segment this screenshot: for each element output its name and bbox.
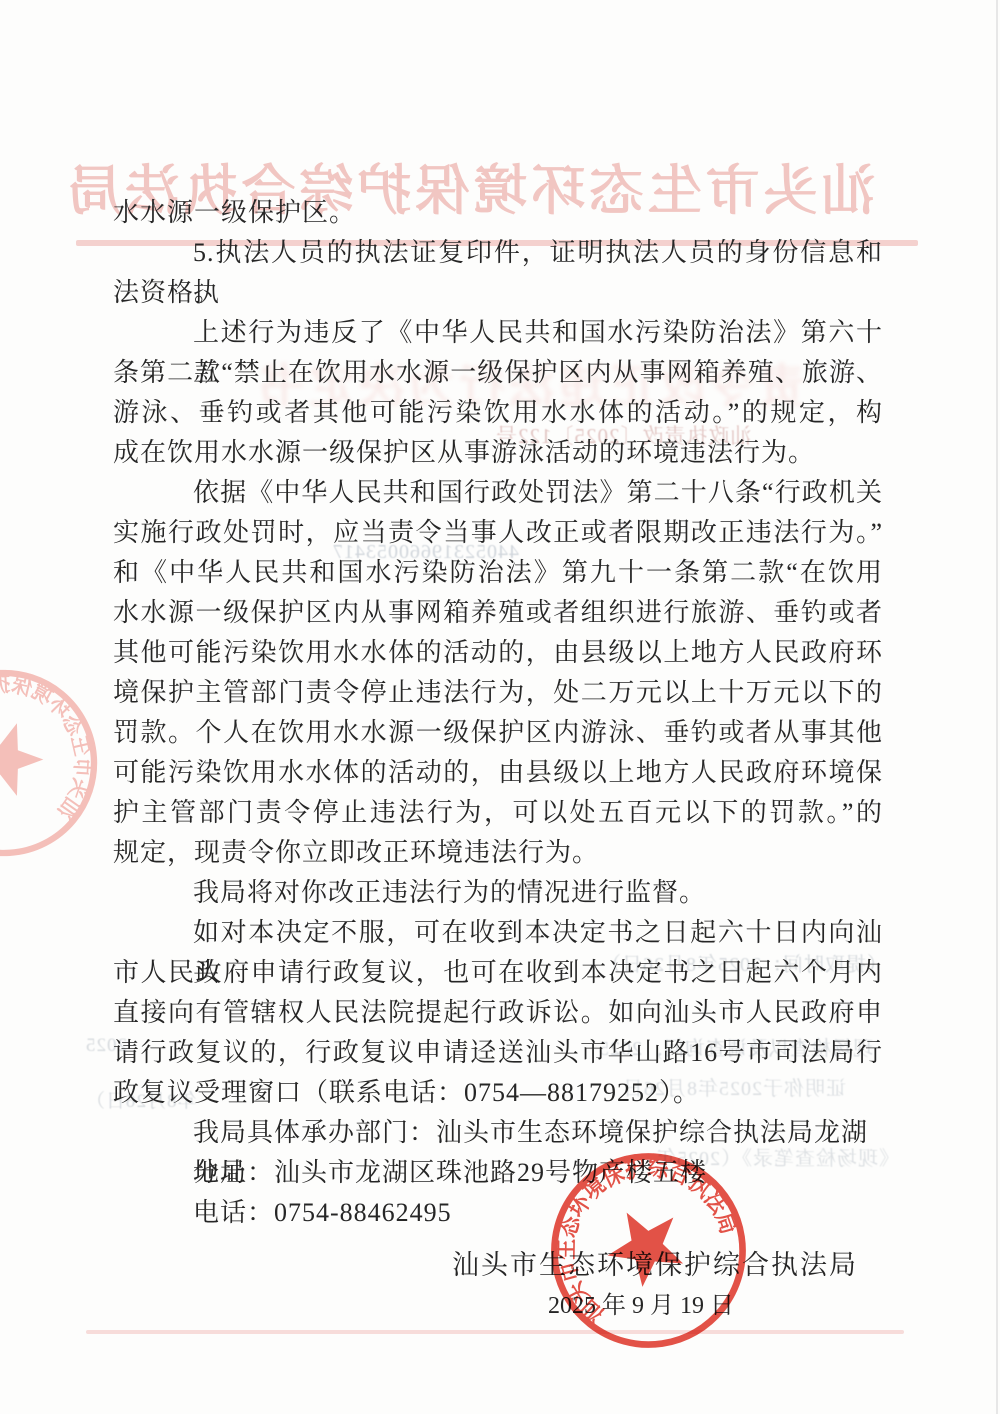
body-line: 5.执法人员的执法证复印件，证明执法人员的身份信息和执 xyxy=(113,233,883,273)
body-line: 可能污染饮用水水体的活动的，由县级以上地方人民政府环境保 xyxy=(113,753,883,793)
body-line: 规定，现责令你立即改正环境违法行为。 xyxy=(113,833,883,873)
body-line: 条第二款“禁止在饮用水水源一级保护区内从事网箱养殖、旅游、 xyxy=(113,353,883,393)
seal-star-icon xyxy=(594,1194,696,1295)
body-line: 市人民政府申请行政复议，也可在收到本决定书之日起六个月内 xyxy=(113,953,883,993)
bleedthrough-seal-left: 汕头市生态环境保护综合执法局 xyxy=(0,644,123,881)
body-line: 上述行为违反了《中华人民共和国水污染防治法》第六十五 xyxy=(113,313,883,353)
seal-ring-text: 汕头市生态环境保护综合执法局 xyxy=(0,644,123,827)
body-line: 成在饮用水水源一级保护区从事游泳活动的环境违法行为。 xyxy=(113,433,883,473)
body-line: 地址：汕头市龙湖区珠池路29号物产楼五楼 xyxy=(113,1153,883,1193)
body-line: 法资格。 xyxy=(113,273,883,313)
body-line: 我局将对你改正违法行为的情况进行监督。 xyxy=(113,873,883,913)
svg-text:汕头市生态环境保护综合执法局: 汕头市生态环境保护综合执法局 xyxy=(0,644,123,827)
body-line: 请行政复议的，行政复议申请迳送汕头市华山路16号市司法局行 xyxy=(113,1033,883,1073)
body-line: 水水源一级保护区。 xyxy=(113,193,883,233)
body-line: 护主管部门责令停止违法行为，可以处五百元以下的罚款。”的 xyxy=(113,793,883,833)
official-seal: 汕头市生态环境保护综合执法局 xyxy=(544,1146,753,1355)
body-line: 其他可能污染饮用水水体的活动的，由县级以上地方人民政府环 xyxy=(113,633,883,673)
body-line: 依据《中华人民共和国行政处罚法》第二十八条“行政机关 xyxy=(113,473,883,513)
document-body: 水水源一级保护区。5.执法人员的执法证复印件，证明执法人员的身份信息和执法资格。… xyxy=(113,193,883,1233)
body-line: 罚款。个人在饮用水水源一级保护区内游泳、垂钓或者从事其他 xyxy=(113,713,883,753)
body-line: 政复议受理窗口（联系电话：0754—88179252）。 xyxy=(113,1073,883,1113)
body-line: 直接向有管辖权人民法院提起行政诉讼。如向汕头市人民政府申 xyxy=(113,993,883,1033)
document-page: 汕头市生态环境保护综合执法局 责令改正违法行为决定书汕政执责改〔2025〕122… xyxy=(0,0,1000,1414)
seal-star-icon xyxy=(0,712,52,800)
body-line: 游泳、垂钓或者其他可能污染饮用水水体的活动。”的规定，构 xyxy=(113,393,883,433)
body-line: 如对本决定不服，可在收到本决定书之日起六十日内向汕头 xyxy=(113,913,883,953)
body-line: 境保护主管部门责令停止违法行为，处二万元以上十万元以下的 xyxy=(113,673,883,713)
body-line: 电话：0754-88462495 xyxy=(113,1193,883,1233)
body-line: 水水源一级保护区内从事网箱养殖或者组织进行旅游、垂钓或者 xyxy=(113,593,883,633)
bleedthrough-bottom-rule xyxy=(86,1330,904,1334)
body-line: 和《中华人民共和国水污染防治法》第九十一条第二款“在饮用 xyxy=(113,553,883,593)
body-line: 我局具体承办部门：汕头市生态环境保护综合执法局龙湖分局 xyxy=(113,1113,883,1153)
body-line: 实施行政处罚时，应当责令当事人改正或者限期改正违法行为。” xyxy=(113,513,883,553)
